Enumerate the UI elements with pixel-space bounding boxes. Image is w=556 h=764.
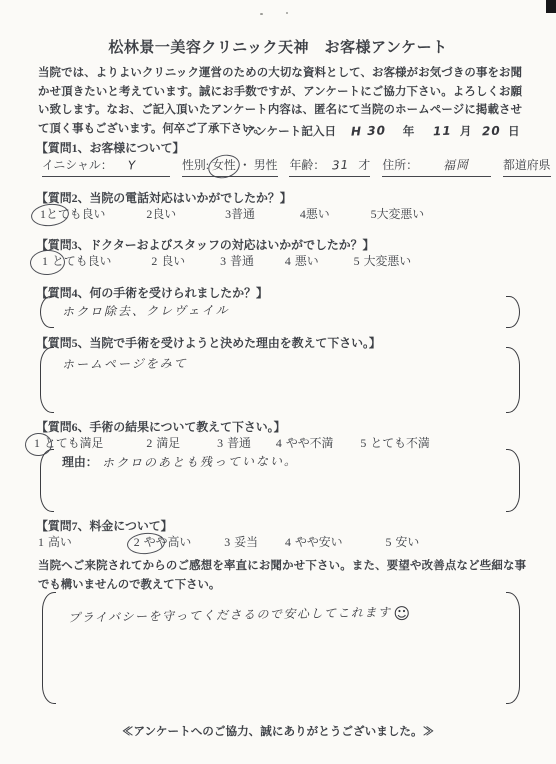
option-label: やや不満 <box>286 436 334 450</box>
q3-options: 1とても良い 2良い 3普通 4悪い 5大変悪い <box>42 252 411 269</box>
q6-reason-box: 理由： ホクロのあとも残っていない。 <box>40 449 520 512</box>
option-label: とても不満 <box>370 436 429 450</box>
feedback-box: プライバシーを守ってくださるので安心してこれます☺ <box>42 592 520 704</box>
scan-artifact-corner <box>546 0 556 13</box>
option-label: やや安い <box>295 535 343 549</box>
q4-answer-handwriting: ホクロ除去、クレヴェイル <box>62 301 230 320</box>
option-label: 悪い <box>295 254 319 268</box>
option-number: 2 <box>134 535 140 550</box>
option-label: とても満足 <box>44 436 103 450</box>
survey-sheet: 松林景一美容クリニック天神 お客様アンケート 当院では、よりよいクリニック運営の… <box>0 0 556 764</box>
option-label: 普通 <box>230 254 254 268</box>
gender-field: 性別: 女性 ・ 男性 <box>182 156 278 177</box>
q3-option-1: 1とても良い <box>42 252 111 269</box>
option-number: 5 <box>386 535 392 550</box>
age-unit: 才 <box>358 158 370 172</box>
q2-header: 【質問2、当院の電話対応はいかがでしたか？】 <box>36 189 292 206</box>
feedback-handwriting: プライバシーを守ってくださるので安心してこれます <box>68 603 392 626</box>
option-label: 普通 <box>231 207 255 221</box>
age-field: 年齢： 31 才 <box>289 156 370 177</box>
closing-line: ≪アンケートへのご協力、誠にありがとうございました。≫ <box>0 723 556 739</box>
page-title: 松林景一美容クリニック天神 お客様アンケート <box>0 36 556 57</box>
date-month-unit: 月 <box>460 125 472 138</box>
address-unit: 都道府県 <box>503 156 551 177</box>
option-number: 1 <box>42 254 48 269</box>
gender-option-male: 男性 <box>254 158 278 172</box>
date-day-value: 20 <box>482 124 501 139</box>
q2-option-3: 3普通 <box>225 205 255 222</box>
option-label: 満足 <box>156 436 180 450</box>
address-value: 福岡 <box>421 155 492 174</box>
option-number: 1 <box>40 207 46 222</box>
age-label: 年齢： <box>289 158 325 172</box>
option-label: 良い <box>161 254 185 268</box>
q2-option-2: 2良い <box>146 205 176 222</box>
gender-label: 性別: <box>182 158 209 172</box>
q7-option-5: 5安い <box>386 533 420 550</box>
q6-reason-handwriting: ホクロのあとも残っていない。 <box>102 452 298 471</box>
option-label: 良い <box>152 207 176 221</box>
q1-fields: イニシャル： Y 性別: 女性 ・ 男性 年齢： 31 才 住所： 福岡 都道府… <box>42 156 551 177</box>
q1-header: 【質問1、お客様について】 <box>36 139 184 156</box>
q2-option-1: 1とても良い <box>40 205 105 222</box>
option-number: 3 <box>220 254 226 269</box>
initial-value: Y <box>115 157 170 173</box>
option-label: 妥当 <box>234 535 258 549</box>
q5-answer-handwriting: ホームページをみて <box>62 354 188 372</box>
smiley-icon: ☺ <box>393 604 410 623</box>
q2-option-4: 4悪い <box>300 205 330 222</box>
feedback-prompt: 当院へご来院されてからのご感想を率直にお聞かせ下さい。また、要望や改善点など些細… <box>38 557 526 594</box>
option-label: 大変悪い <box>364 254 412 268</box>
q7-option-3: 3妥当 <box>224 533 258 550</box>
q5-answer-box: ホームページをみて <box>40 347 520 413</box>
q6-reason-label: 理由： <box>62 455 98 469</box>
q7-option-2: 2やや高い <box>134 533 192 550</box>
date-label: アンケート記入日 <box>244 125 336 138</box>
date-month-value: 11 <box>433 124 452 139</box>
gender-separator: ・ <box>239 158 251 172</box>
q2-option-5: 5大変悪い <box>371 205 425 222</box>
q7-header: 【質問7、料金について】 <box>36 517 173 534</box>
option-number: 1 <box>38 535 44 550</box>
q6-header: 【質問6、手術の結果について教えて下さい。】 <box>36 418 285 435</box>
date-line: アンケート記入日 H 30 年 11 月 20 日 <box>244 123 520 139</box>
option-label: 安い <box>395 535 419 549</box>
address-field: 住所： 福岡 <box>382 156 491 177</box>
scan-speck <box>286 12 288 14</box>
q3-option-2: 2良い <box>151 252 185 269</box>
date-day-unit: 日 <box>508 125 520 138</box>
option-label: 悪い <box>306 207 330 221</box>
address-label: 住所： <box>382 158 418 172</box>
option-number: 4 <box>285 254 291 269</box>
option-number: 4 <box>285 535 291 550</box>
q3-header: 【質問3、ドクターおよびスタッフの対応はいかがでしたか？】 <box>36 236 374 253</box>
option-number: 5 <box>354 254 360 269</box>
initial-label: イニシャル： <box>42 158 113 172</box>
date-era-year-value: H 30 <box>351 123 386 138</box>
option-number: 2 <box>151 254 157 269</box>
option-number: 3 <box>224 535 230 550</box>
option-label: 普通 <box>227 436 251 450</box>
option-label: 大変悪い <box>377 207 425 221</box>
q3-option-5: 5大変悪い <box>354 252 412 269</box>
q7-options: 1高い 2やや高い 3妥当 4やや安い 5安い <box>38 533 419 550</box>
date-year-unit: 年 <box>403 125 415 138</box>
q2-options: 1とても良い 2良い 3普通 4悪い 5大変悪い <box>40 205 424 222</box>
q4-answer-box: ホクロ除去、クレヴェイル <box>40 296 520 328</box>
q7-option-1: 1高い <box>38 533 72 550</box>
q7-option-4: 4やや安い <box>285 533 343 550</box>
initial-field: イニシャル： Y <box>42 156 170 177</box>
q3-option-4: 4悪い <box>285 252 319 269</box>
age-value: 31 <box>328 158 356 173</box>
q3-option-3: 3普通 <box>220 252 254 269</box>
scan-speck <box>260 13 263 15</box>
gender-option-female: 女性 <box>212 158 236 172</box>
option-label: 高い <box>48 535 72 549</box>
